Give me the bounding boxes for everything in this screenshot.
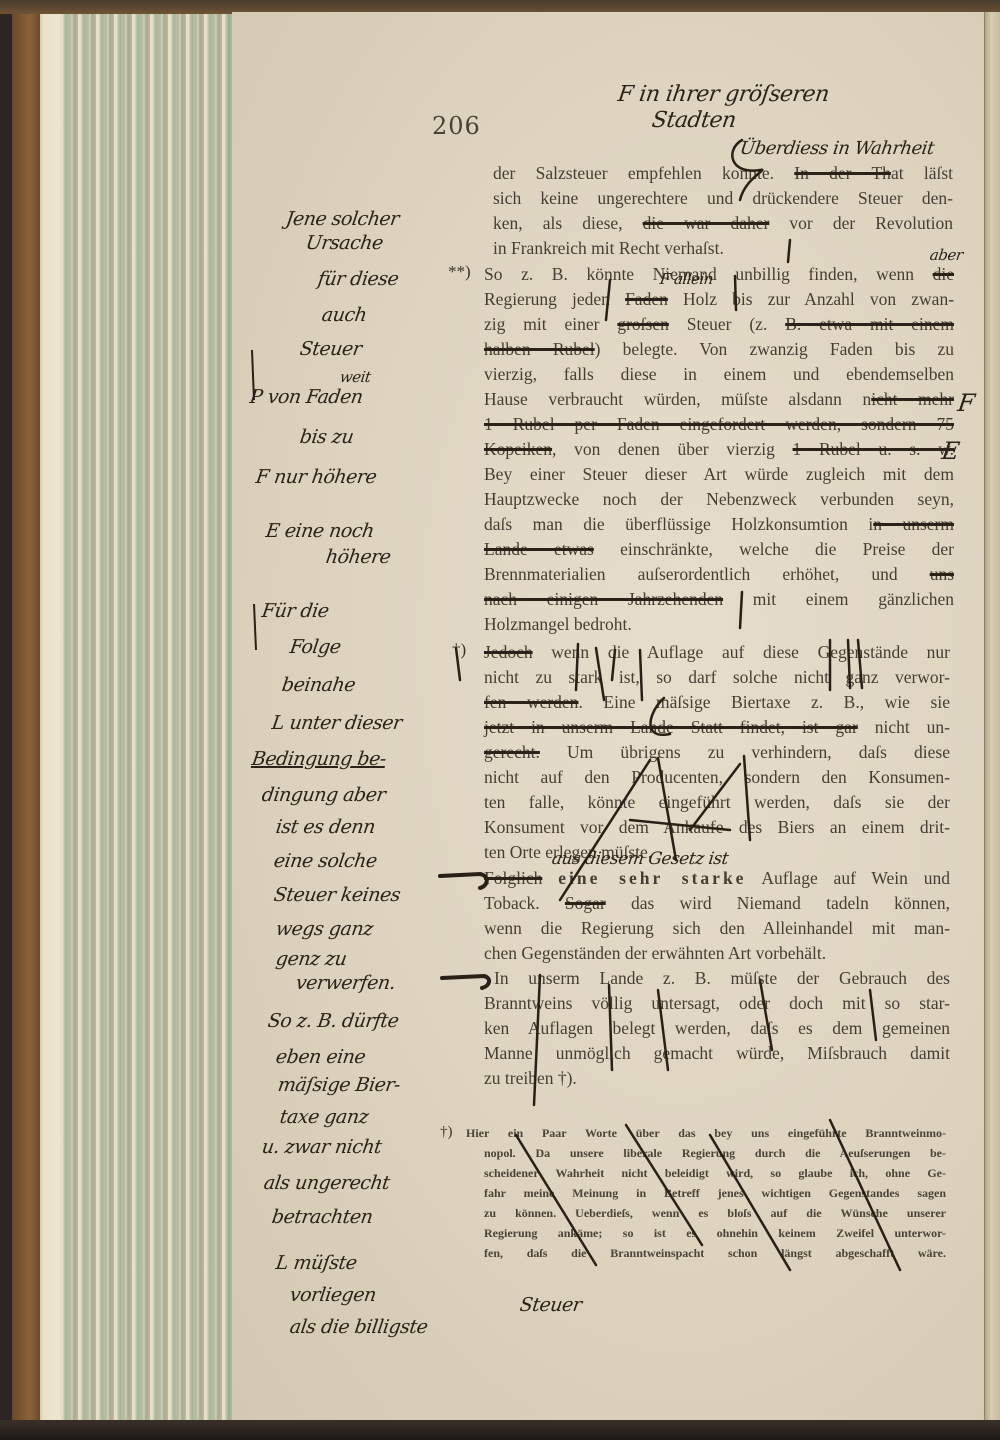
- margin-note: beinahe: [280, 674, 356, 696]
- text-line: Hause verbraucht würden, müſste alsdann …: [484, 387, 954, 411]
- text-line: In unserm Lande z. B. müſste der Gebrauc…: [494, 966, 950, 990]
- struck-text: n unserm: [873, 514, 954, 534]
- annotation-inline: F allein: [658, 268, 714, 290]
- margin-note: höhere: [324, 546, 392, 568]
- text-line: nicht zu stark ist, so darf solche nicht…: [484, 665, 950, 689]
- line-text: daſs man die überflüssige Holzkonsumtion…: [484, 514, 873, 534]
- line-text: , von denen über vierzig: [552, 439, 775, 459]
- text-line: Konsument vor dem Ankaufe des Biers an e…: [484, 815, 950, 839]
- line-text: ken, als diese,: [493, 213, 623, 233]
- struck-text: halben Rubel: [484, 339, 595, 359]
- line-text: Auflage auf Wein und: [761, 868, 950, 888]
- margin-note: Folge: [288, 636, 342, 658]
- line-text: chen Gegenständen der erwähnten Art vorb…: [484, 943, 826, 963]
- footnote-line: Hier ein Paar Worte über das bey uns ein…: [466, 1125, 946, 1142]
- margin-note: Steuer keines: [272, 884, 401, 906]
- line-text: Holz bis zur Anzahl von zwan-: [683, 289, 954, 309]
- margin-note: vorliegen: [288, 1284, 377, 1306]
- text-line: der Salzsteuer empfehlen konnte. In der …: [493, 161, 953, 185]
- margin-note: verwerfen.: [294, 972, 396, 994]
- annotation-top: Stadten: [650, 110, 737, 132]
- text-line: Holzmangel bedroht.: [484, 612, 632, 636]
- line-text: Branntweins völlig untersagt, oder doch …: [484, 993, 950, 1013]
- line-text: das wird Niemand tadeln können,: [631, 893, 950, 913]
- struck-text: Faden: [625, 289, 668, 309]
- text-line: wenn die Regierung sich den Alleinhandel…: [484, 916, 950, 940]
- struck-text: B. etwa mit einem: [785, 314, 954, 334]
- line-text: zig mit einer: [484, 314, 599, 334]
- text-line: So z. B. könnte Niemand unbillig finden,…: [484, 262, 954, 286]
- margin-note: als die billigste: [288, 1316, 429, 1338]
- margin-note: eben eine: [274, 1046, 366, 1068]
- line-text: Toback.: [484, 893, 540, 913]
- footnote-marker: †): [452, 640, 466, 660]
- text-line: zu treiben †).: [484, 1066, 577, 1090]
- line-text: Steuer (z.: [687, 314, 768, 334]
- line-text: Um übrigens zu verhindern, daſs diese: [567, 742, 950, 762]
- margin-note: dingung aber: [260, 784, 386, 806]
- line-text: nicht zu stark ist, so darf solche nicht…: [484, 667, 950, 687]
- footnote-line: nopol. Da unsere liberale Regierung durc…: [484, 1145, 946, 1162]
- struck-text: In der Th: [794, 163, 891, 183]
- text-line: Toback. Sogar das wird Niemand tadeln kö…: [484, 891, 950, 915]
- line-text: vor der Revolution: [789, 213, 953, 233]
- text-line: ken Auflagen belegt werden, daſs es dem …: [484, 1016, 950, 1040]
- text-line: vierzig, falls diese in einem und ebende…: [484, 362, 954, 386]
- text-line: sich keine ungerechtere und drückendere …: [493, 186, 953, 210]
- margin-note: L müſste: [274, 1252, 358, 1274]
- line-text: In unserm Lande z. B. müſste der Gebrauc…: [494, 968, 950, 988]
- footnote-line: fen, daſs die Branntweinspacht schon län…: [484, 1245, 946, 1262]
- margin-note: L unter dieser: [270, 712, 403, 734]
- text-line: gerecht. Um übrigens zu verhindern, daſs…: [484, 740, 950, 764]
- line-text: in Frankreich mit Recht verhaſst.: [493, 238, 724, 258]
- text-line: Bey einer Steuer dieser Art würde zuglei…: [484, 462, 954, 486]
- line-text: zu treiben †).: [484, 1068, 577, 1088]
- text-line: halben Rubel) belegte. Von zwanzig Faden…: [484, 337, 954, 361]
- margin-note: F nur höhere: [254, 466, 377, 488]
- line-text: Hauptzwecke noch der Nebenzweck verbunde…: [484, 489, 954, 509]
- footnote-line: Regierung ankäme; so ist es ohnehin kein…: [484, 1225, 946, 1242]
- text-line: nach einigen Jahrzehenden mit einem gänz…: [484, 587, 954, 611]
- text-line: fen werden. Eine mäſsige Biertaxe z. B.,…: [484, 690, 950, 714]
- line-text: Brennmaterialien auſserordentlich erhöhe…: [484, 564, 898, 584]
- text-line: Kopeiken, von denen über vierzig 1 Rubel…: [484, 437, 954, 461]
- footnote-line: fahr meine Meinung in Betreff jenes wich…: [484, 1185, 946, 1202]
- margin-note: für diese: [316, 268, 399, 290]
- line-text: Hause verbraucht würden, müſste alsdann …: [484, 389, 871, 409]
- margin-note: So z. B. dürfte: [266, 1010, 400, 1032]
- struck-text: die war daher: [643, 213, 770, 233]
- struck-text: Lande etwas: [484, 539, 594, 559]
- struck-text: Kopeiken: [484, 439, 552, 459]
- line-text: . Eine mäſsige Biertaxe z. B., wie sie: [578, 692, 950, 712]
- footnote-marker: †): [440, 1124, 453, 1141]
- footnote-line: zu können. Ueberdieſs, wenn es bloſs auf…: [484, 1205, 946, 1222]
- struck-text: die: [933, 264, 954, 284]
- struck-text: Sogar: [565, 893, 606, 913]
- text-line: ten falle, könnte eingeführt werden, daſ…: [484, 790, 950, 814]
- margin-note: wegs ganz: [274, 918, 374, 940]
- text-line: Jedoch wenn die Auflage auf diese Gegens…: [484, 640, 950, 664]
- line-text: wenn die Regierung sich den Alleinhandel…: [484, 918, 950, 938]
- margin-note: ist es denn: [274, 816, 376, 838]
- text-line: Hauptzwecke noch der Nebenzweck verbunde…: [484, 487, 954, 511]
- annotation-inline: F: [956, 392, 975, 414]
- struck-text: groſsen: [617, 314, 669, 334]
- line-text: Regierung jeden: [484, 289, 610, 309]
- struck-text: 1 Rubel per Faden eingefordert werden, s…: [484, 414, 954, 434]
- line-text: Manne unmöglich gemacht würde, Miſsbrauc…: [484, 1043, 950, 1063]
- struck-text: nach einigen Jahrzehenden: [484, 589, 723, 609]
- margin-note: auch: [320, 304, 368, 326]
- struck-text: Folglich: [484, 868, 542, 888]
- line-text: Konsument vor dem Ankaufe des Biers an e…: [484, 817, 950, 837]
- margin-note: Steuer: [518, 1294, 583, 1316]
- text-line: Lande etwas einschränkte, welche die Pre…: [484, 537, 954, 561]
- margin-note: Für die: [260, 600, 330, 622]
- margin-note: Jene solcher: [284, 208, 400, 230]
- line-text: sich keine ungerechtere und drückendere …: [493, 188, 953, 208]
- annotation-inline: aus diesem Gesetz ist: [550, 848, 729, 870]
- text-line: Regierung jeden Faden Holz bis zur Anzah…: [484, 287, 954, 311]
- annotation-inline: E: [940, 440, 960, 462]
- text-line: nicht auf den Producenten, sondern den K…: [484, 765, 950, 789]
- line-text: ) belegte. Von zwanzig Faden bis zu: [595, 339, 954, 359]
- annotation-inline: aber: [928, 244, 964, 266]
- footnote-line: scheidener Wahrheit nicht beleidigt wird…: [484, 1165, 946, 1182]
- text-line: jetzt in unserm Lande Statt findet, ist …: [484, 715, 950, 739]
- struck-text: uns: [930, 564, 954, 584]
- emphasized-text: eine sehr starke: [558, 868, 746, 888]
- annotation-top: F in ihrer gröſseren: [616, 84, 830, 106]
- text-line: Branntweins völlig untersagt, oder doch …: [484, 991, 950, 1015]
- margin-note: genz zu: [274, 948, 348, 970]
- line-text: ten falle, könnte eingeführt werden, daſ…: [484, 792, 950, 812]
- struck-text: Jedoch: [484, 642, 533, 662]
- line-text: nicht un-: [875, 717, 950, 737]
- struck-text: fen werden: [484, 692, 578, 712]
- line-text: Bey einer Steuer dieser Art würde zuglei…: [484, 464, 954, 484]
- line-text: einschränkte, welche die Preise der: [620, 539, 954, 559]
- margin-note: bis zu: [298, 426, 354, 448]
- footnote-marker: **): [448, 262, 471, 282]
- text-line: ken, als diese, die war daher vor der Re…: [493, 211, 953, 235]
- margin-note: Steuer: [298, 338, 363, 360]
- annotation-top-right: Überdiess in Wahrheit: [738, 138, 935, 160]
- text-line: zig mit einer groſsen Steuer (z. B. etwa…: [484, 312, 954, 336]
- margin-note: u. zwar nicht: [260, 1136, 382, 1158]
- text-line: daſs man die überflüssige Holzkonsumtion…: [484, 512, 954, 536]
- margin-note: taxe ganz: [278, 1106, 369, 1128]
- line-text: wenn die Auflage auf diese Gegenstände n…: [551, 642, 950, 662]
- text-line: Manne unmöglich gemacht würde, Miſsbrauc…: [484, 1041, 950, 1065]
- text-line: chen Gegenständen der erwähnten Art vorb…: [484, 941, 826, 965]
- margin-note: Ursache: [304, 232, 384, 254]
- line-text: der Salzsteuer empfehlen konnte.: [493, 163, 774, 183]
- text-line: Brennmaterialien auſserordentlich erhöhe…: [484, 562, 954, 586]
- margin-note: E eine noch: [264, 520, 375, 542]
- line-text: ken Auflagen belegt werden, daſs es dem …: [484, 1018, 950, 1038]
- line-text: at läſst: [891, 163, 953, 183]
- struck-text: gerecht.: [484, 742, 540, 762]
- margin-note: Bedingung be-: [250, 748, 387, 770]
- struck-text: 1 Rubel u. s. w.: [793, 439, 954, 459]
- line-text: nicht auf den Producenten, sondern den K…: [484, 767, 950, 787]
- struck-text: icht mehr: [871, 389, 954, 409]
- text-line: in Frankreich mit Recht verhaſst.: [493, 236, 724, 260]
- struck-text: jetzt in unserm Lande Statt findet, ist …: [484, 717, 858, 737]
- line-text: Holzmangel bedroht.: [484, 614, 632, 634]
- margin-note: mäſsige Bier-: [276, 1074, 401, 1096]
- margin-note: betrachten: [270, 1206, 374, 1228]
- margin-note: P von Faden: [248, 386, 364, 408]
- margin-note: weit: [338, 366, 372, 388]
- line-text: mit einem gänzlichen: [753, 589, 954, 609]
- line-text: vierzig, falls diese in einem und ebende…: [484, 364, 954, 384]
- main-text-block: der Salzsteuer empfehlen konnte. In der …: [0, 0, 1000, 1440]
- text-line: 1 Rubel per Faden eingefordert werden, s…: [484, 412, 954, 436]
- margin-note: eine solche: [272, 850, 378, 872]
- margin-note: als ungerecht: [262, 1172, 391, 1194]
